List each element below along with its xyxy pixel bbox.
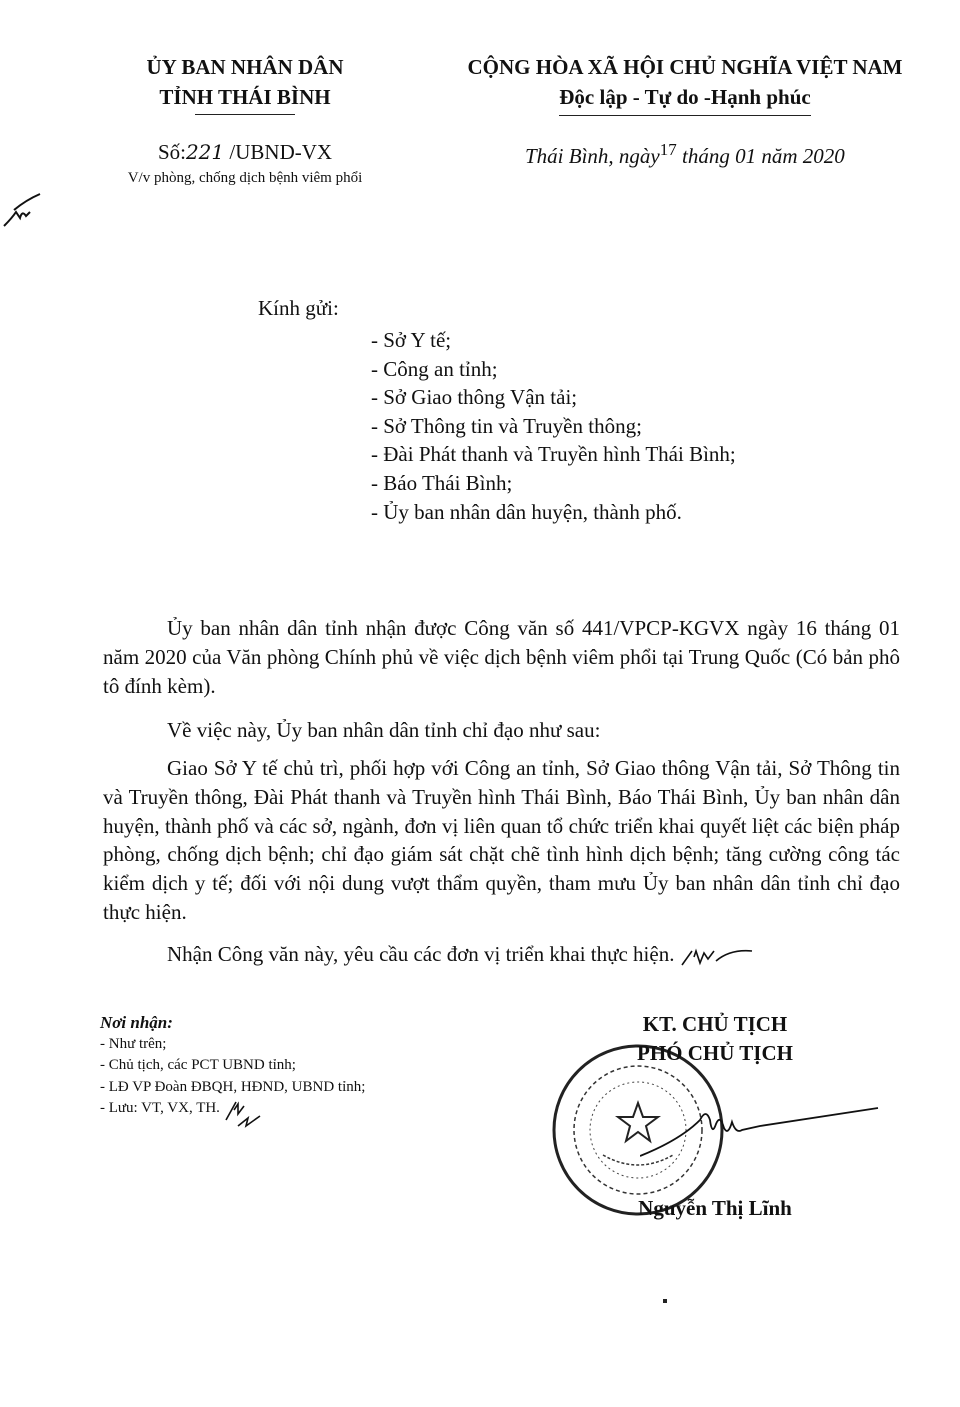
recipient-item: - LĐ VP Đoàn ĐBQH, HĐND, UBND tỉnh; <box>100 1077 365 1099</box>
document-number-suffix: /UBND-VX <box>224 140 332 164</box>
recipients-block: Nơi nhận: - Như trên; - Chủ tịch, các PC… <box>100 1012 365 1128</box>
body-paragraph-2: Về việc này, Ủy ban nhân dân tỉnh chỉ đạ… <box>103 716 900 745</box>
addressee-item: - Sở Giao thông Vận tải; <box>371 383 736 412</box>
recipient-item: - Lưu: VT, VX, TH. <box>100 1098 365 1128</box>
nation-name: CỘNG HÒA XÃ HỘI CHỦ NGHĨA VIỆT NAM <box>425 52 945 82</box>
signature-line1: KT. CHỦ TỊCH <box>600 1010 830 1039</box>
recipient-item-text: - Lưu: VT, VX, TH. <box>100 1100 220 1116</box>
scan-speck <box>663 1299 667 1303</box>
body-paragraph-4: Nhận Công văn này, yêu cầu các đơn vị tr… <box>103 940 900 969</box>
initials-mark <box>680 945 760 967</box>
date-day-handwritten: 17 <box>660 140 677 159</box>
national-header: CỘNG HÒA XÃ HỘI CHỦ NGHĨA VIỆT NAM Độc l… <box>425 52 945 116</box>
addressee-item: - Đài Phát thanh và Truyền hình Thái Bìn… <box>371 440 736 469</box>
handwritten-signature <box>640 1100 880 1160</box>
document-subject: V/v phòng, chống dịch bệnh viêm phổi <box>80 170 410 187</box>
agency-name-line2: TỈNH THÁI BÌNH <box>80 82 410 112</box>
addressee-label: Kính gửi: <box>258 296 339 321</box>
margin-initial-mark <box>2 188 52 228</box>
signer-name: Nguyễn Thị Lĩnh <box>600 1196 830 1221</box>
initials-mark <box>224 1098 264 1128</box>
closing-sentence: Nhận Công văn này, yêu cầu các đơn vị tr… <box>167 942 674 966</box>
agency-divider <box>195 114 295 115</box>
document-date: Thái Bình, ngày17 tháng 01 năm 2020 <box>525 140 845 169</box>
recipient-item: - Như trên; <box>100 1034 365 1056</box>
body-paragraph-1: Ủy ban nhân dân tỉnh nhận được Công văn … <box>103 614 900 700</box>
agency-name-line1: ỦY BAN NHÂN DÂN <box>80 52 410 82</box>
addressee-item: - Sở Y tế; <box>371 326 736 355</box>
recipients-title: Nơi nhận: <box>100 1012 365 1034</box>
addressee-item: - Công an tỉnh; <box>371 355 736 384</box>
national-motto: Độc lập - Tự do -Hạnh phúc <box>559 82 810 116</box>
document-number: Số:221 /UBND-VX <box>80 140 410 165</box>
signature-line2: PHÓ CHỦ TỊCH <box>600 1039 830 1068</box>
document-number-handwritten: 221 <box>186 140 224 164</box>
issuing-agency: ỦY BAN NHÂN DÂN TỈNH THÁI BÌNH <box>80 52 410 115</box>
signature-title: KT. CHỦ TỊCH PHÓ CHỦ TỊCH <box>600 1010 830 1068</box>
date-suffix: tháng 01 năm 2020 <box>677 144 845 168</box>
addressee-item: - Ủy ban nhân dân huyện, thành phố. <box>371 498 736 527</box>
addressee-item: - Sở Thông tin và Truyền thông; <box>371 412 736 441</box>
recipient-item: - Chủ tịch, các PCT UBND tỉnh; <box>100 1055 365 1077</box>
document-number-prefix: Số: <box>158 140 186 164</box>
addressee-list: - Sở Y tế; - Công an tỉnh; - Sở Giao thô… <box>371 326 736 526</box>
date-prefix: Thái Bình, ngày <box>525 144 660 168</box>
addressee-item: - Báo Thái Bình; <box>371 469 736 498</box>
body-paragraph-3: Giao Sở Y tế chủ trì, phối hợp với Công … <box>103 754 900 927</box>
